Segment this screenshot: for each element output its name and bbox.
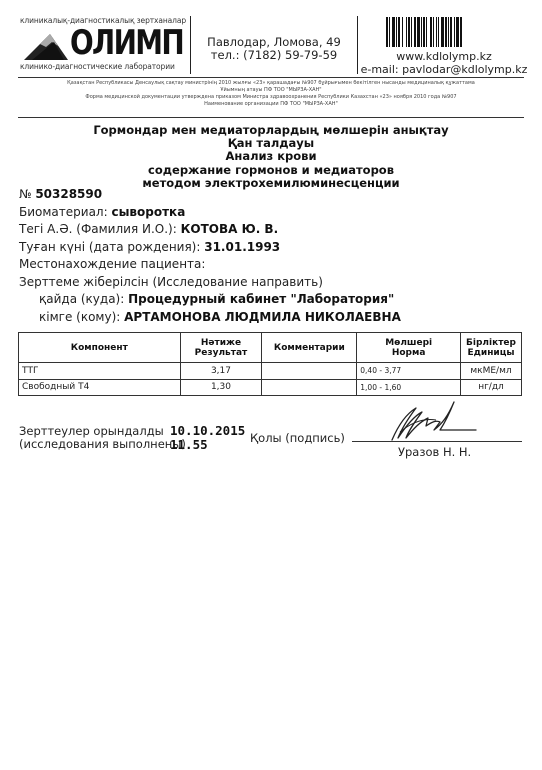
col-result-kz: Нәтиже (181, 338, 262, 348)
col-units-ru: Единицы (461, 348, 521, 358)
referral-label: Зерттеме жіберілсін (Исследование направ… (19, 275, 323, 289)
cell-norm: 1,00 - 1,60 (357, 379, 461, 396)
patient-name-row: Тегі А.Ә. (Фамилия И.О.): КОТОВА Ю. В. (19, 221, 401, 239)
logo-brand: ОЛИМП (70, 24, 183, 62)
order-number-row: № 50328590 (19, 186, 401, 204)
legal-line: Қазақстан Республикасы Денсаулық сақтау … (18, 80, 524, 87)
website-link[interactable]: www.kdlolymp.kz (360, 51, 528, 64)
clinic-address: Павлодар, Ломова, 49 тел.: (7182) 59-79-… (194, 36, 354, 62)
patient-name-label: Тегі А.Ә. (Фамилия И.О.): (19, 222, 177, 236)
referral-whom-row: кімге (кому): АРТАМОНОВА ЛЮДМИЛА НИКОЛАЕ… (19, 309, 401, 327)
referral-row: Зерттеме жіберілсін (Исследование направ… (19, 274, 401, 292)
biomaterial-value: сыворотка (111, 205, 185, 219)
performed-label-ru: (исследования выполнены) (19, 438, 186, 451)
title-line: Анализ крови (18, 150, 524, 163)
table-header-row: Компонент Нәтиже Результат Комментарии М… (19, 333, 522, 363)
signature-label: Қолы (подпись) (250, 431, 345, 445)
performed-time: 11.55 (170, 438, 245, 452)
col-component: Компонент (19, 333, 181, 363)
col-norm: Мөлшері Норма (357, 333, 461, 363)
mountain-logo-icon (24, 30, 68, 60)
to-whom-label: кімге (кому): (39, 310, 120, 324)
document-title: Гормондар мен медиаторлардың мөлшерін ан… (18, 124, 524, 190)
cell-units: нг/дл (461, 379, 522, 396)
cell-component: ТТГ (19, 363, 181, 380)
patient-name: КОТОВА Ю. В. (181, 222, 279, 236)
cell-result: 1,30 (180, 379, 262, 396)
cell-result: 3,17 (180, 363, 262, 380)
divider (357, 16, 358, 74)
legal-line: Наименование организации ПФ ТОО "МЫРЗА-Х… (18, 101, 524, 108)
col-comments: Комментарии (262, 333, 357, 363)
performed-datetime: 10.10.2015 11.55 (170, 424, 245, 452)
clinic-logo: клиникалық-диагностикалық зертханалар ОЛ… (18, 16, 186, 74)
legal-line: Форма медицинской документации утвержден… (18, 94, 524, 101)
divider (190, 16, 191, 74)
table-row: Свободный Т4 1,30 1,00 - 1,60 нг/дл (19, 379, 522, 396)
dob-value: 31.01.1993 (204, 240, 280, 254)
cell-comment (262, 363, 357, 380)
legal-rule (18, 117, 524, 118)
logo-tagline-ru: клинико-диагностические лаборатории (20, 62, 175, 71)
order-number: 50328590 (35, 187, 102, 201)
title-line: содержание гормонов и медиаторов (18, 164, 524, 177)
referral-where-row: қайда (куда): Процедурный кабинет "Лабор… (19, 291, 401, 309)
location-row: Местонахождение пациента: (19, 256, 401, 274)
header-rule (18, 77, 524, 78)
where-label: қайда (куда): (39, 292, 124, 306)
legal-notice: Қазақстан Республикасы Денсаулық сақтау … (18, 80, 524, 108)
clinic-contacts: www.kdlolymp.kz e-mail: pavlodar@kdlolym… (360, 51, 528, 76)
location-label: Местонахождение пациента: (19, 257, 205, 271)
col-units: Бірліктер Единицы (461, 333, 522, 363)
document-header: клиникалық-диагностикалық зертханалар ОЛ… (18, 14, 524, 76)
performed-label: Зерттеулер орындалды (исследования выпол… (19, 425, 186, 451)
dob-label: Туған күні (дата рождения): (19, 240, 200, 254)
cell-norm: 0,40 - 3,77 (357, 363, 461, 380)
biomaterial-row: Биоматериал: сыворотка (19, 204, 401, 222)
to-whom-value: АРТАМОНОВА ЛЮДМИЛА НИКОЛАЕВНА (124, 310, 401, 324)
signer-name: Уразов Н. Н. (398, 445, 471, 459)
cell-comment (262, 379, 357, 396)
dob-row: Туған күні (дата рождения): 31.01.1993 (19, 239, 401, 257)
barcode-icon (386, 17, 514, 47)
where-value: Процедурный кабинет "Лаборатория" (128, 292, 394, 306)
col-norm-kz: Мөлшері (357, 338, 460, 348)
cell-component: Свободный Т4 (19, 379, 181, 396)
col-units-kz: Бірліктер (461, 338, 521, 348)
table-row: ТТГ 3,17 0,40 - 3,77 мкМЕ/мл (19, 363, 522, 380)
patient-info: № 50328590 Биоматериал: сыворотка Тегі А… (19, 186, 401, 326)
legal-line: Ұйымның атауы ПФ ТОО "МЫРЗА-ХАН" (18, 87, 524, 94)
performed-date: 10.10.2015 (170, 424, 245, 438)
col-result: Нәтиже Результат (180, 333, 262, 363)
col-norm-ru: Норма (357, 348, 460, 358)
biomaterial-label: Биоматериал: (19, 205, 108, 219)
col-result-ru: Результат (181, 348, 262, 358)
order-number-label: № (19, 187, 31, 201)
email-link[interactable]: e-mail: pavlodar@kdlolymp.kz (360, 64, 528, 77)
cell-units: мкМЕ/мл (461, 363, 522, 380)
signature-icon (388, 396, 478, 444)
results-table: Компонент Нәтиже Результат Комментарии М… (18, 332, 522, 396)
phone-text: тел.: (7182) 59-79-59 (194, 49, 354, 62)
